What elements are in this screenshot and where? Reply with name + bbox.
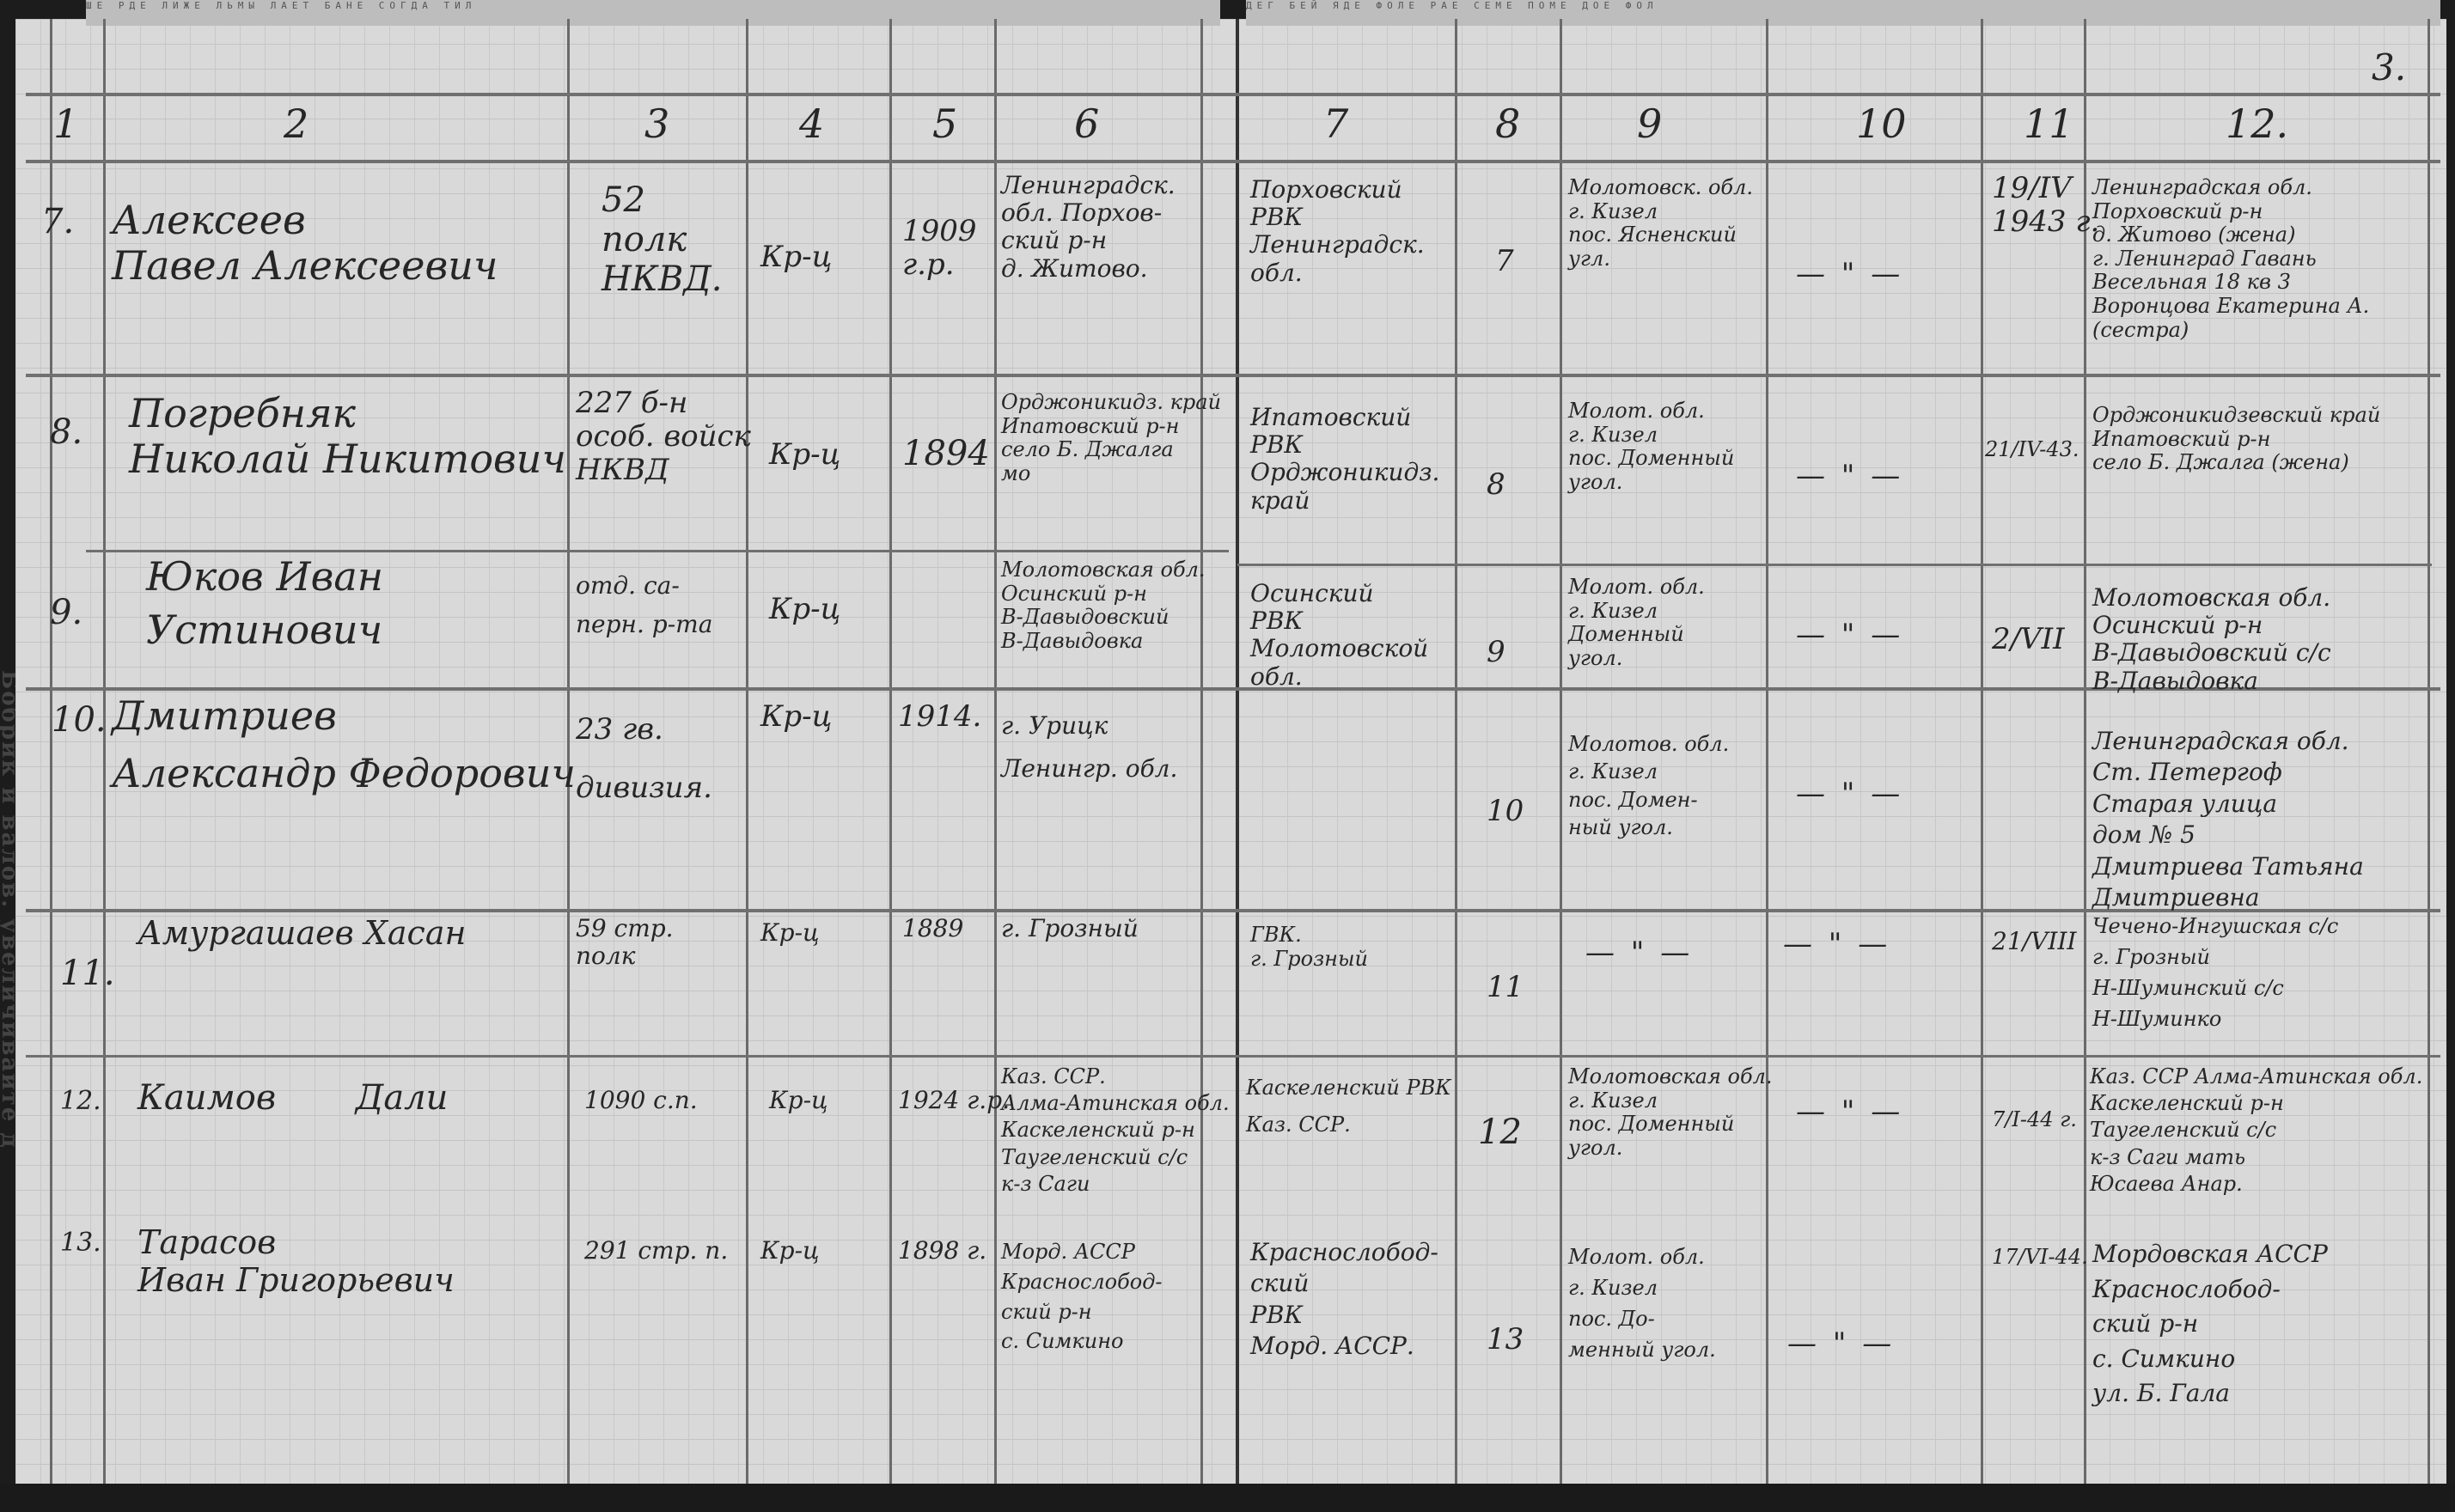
rank: Кр-ц — [769, 1087, 828, 1114]
birthplace: г. Урицк Ленингр. обл. — [1001, 704, 1177, 791]
column-number-12: 12. — [2226, 101, 2288, 147]
col9-value: Молот. обл. г. Кизел пос. Доменный угол. — [1568, 399, 1734, 494]
column-number-7: 7 — [1323, 101, 1348, 147]
birthplace: Орджоникидз. край Ипатовский р-н село Б.… — [1001, 391, 1221, 485]
column-number-9: 9 — [1637, 101, 1662, 147]
drafted-by: Каскеленский РВК Каз. ССР. — [1246, 1070, 1451, 1143]
row-number: 11. — [60, 954, 115, 993]
soldier-name: Тарасов Иван Григорьевич — [137, 1224, 455, 1299]
column-number-4: 4 — [799, 101, 824, 147]
row-number: 9. — [50, 593, 82, 632]
military-unit: 1090 с.п. — [584, 1087, 698, 1114]
birthplace: Каз. ССР. Алма-Атинская обл. Каскеленски… — [1001, 1064, 1230, 1198]
soldier-name: Каимов Дали — [137, 1078, 448, 1118]
col10-ditto: — " — — [1787, 1327, 1895, 1361]
rank: Кр-ц — [769, 438, 840, 472]
col9-value: Молот. обл. г. Кизел пос. До- менный уго… — [1568, 1241, 1716, 1365]
drafted-by: Ипатовский РВК Орджоникидз. край — [1250, 404, 1439, 515]
military-unit: 23 гв. дивизия. — [576, 700, 712, 817]
soldier-name: Алексеев Павел Алексеевич — [112, 198, 498, 289]
col12-address: Орджоникидзевский край Ипатовский р-н се… — [2092, 404, 2380, 475]
military-unit: 227 б-н особ. войск НКВД — [576, 387, 751, 487]
col10-ditto: — " — — [1796, 460, 1903, 493]
column-number-2: 2 — [284, 101, 308, 147]
left-header-strip: ШЕ РДЕ ЛИЖЕ ЛЬМЫ ЛАЕТ БАНЕ СОГДА ТИЛ — [86, 0, 1220, 26]
military-unit: отд. са- перн. р-та — [576, 567, 712, 644]
row-number: 7. — [41, 202, 74, 241]
column-number-10: 10 — [1856, 101, 1907, 147]
col11-date: 21/IV-43. — [1985, 438, 2079, 462]
drafted-by: Порховский РВК Ленинградск. обл. — [1250, 176, 1425, 287]
birth-year: 1909 г.р. — [902, 215, 977, 282]
col9-value: Молотов. обл. г. Кизел пос. Домен- ный у… — [1568, 730, 1729, 842]
column-number-6: 6 — [1074, 101, 1099, 147]
rank: Кр-ц — [760, 700, 832, 734]
column-number-3: 3 — [644, 101, 669, 147]
row-number: 10. — [52, 700, 107, 740]
birth-year: 1914. — [898, 700, 981, 734]
birth-year: 1924 г.р. — [898, 1087, 1010, 1114]
soldier-name: Амургашаев Хасан — [137, 915, 467, 953]
birthplace: Ленинградск. обл. Порхов- ский р-н д. Жи… — [1001, 172, 1176, 283]
right-header-strip: ДЕГ БЕЙ ЯДЕ ФОЛЕ РАЕ СЕМЕ ПОМЕ ДОЕ ФОЛ — [1246, 0, 2440, 26]
col12-address: Мордовская АССР Краснослобод- ский р-н с… — [2092, 1237, 2328, 1411]
soldier-name: Дмитриев Александр Федорович — [112, 687, 576, 802]
drafted-by: Осинский РВК Молотовской обл. — [1250, 580, 1428, 691]
col8-value: 8 — [1487, 468, 1505, 502]
birthplace: г. Грозный — [1001, 915, 1139, 942]
page-number: 3. — [2372, 47, 2406, 88]
col8-value: 11 — [1487, 971, 1524, 1004]
col10-ditto: — " — — [1796, 777, 1903, 811]
col9-value: Молотовск. обл. г. Кизел пос. Ясненский … — [1568, 176, 1753, 271]
rank: Кр-ц — [760, 919, 820, 947]
col12-address: Ленинградская обл. Порховский р-н д. Жит… — [2092, 176, 2369, 342]
row-number: 13. — [60, 1228, 101, 1259]
birth-year: 1898 г. — [898, 1237, 986, 1265]
column-number-1: 1 — [53, 101, 78, 147]
military-unit: 52 полк НКВД. — [602, 180, 722, 299]
birth-year: 1889 — [902, 915, 963, 942]
col8-value: 13 — [1487, 1323, 1524, 1357]
military-unit: 59 стр. полк — [576, 915, 674, 970]
rank: Кр-ц — [760, 241, 832, 274]
ledger-spread: Бобрик и валов. увеличивайте д ШЕ РДЕ ЛИ… — [0, 0, 2455, 1512]
col8-value: 12 — [1478, 1113, 1522, 1152]
col11-date: 7/I-44 г. — [1992, 1108, 2077, 1132]
col12-address: Каз. ССР Алма-Атинская обл. Каскеленский… — [2090, 1064, 2422, 1198]
column-number-11: 11 — [2024, 101, 2074, 147]
rank: Кр-ц — [769, 593, 840, 626]
drafted-by: ГВК. г. Грозный — [1250, 924, 1368, 971]
col12-address: Молотовская обл. Осинский р-н В-Давыдовс… — [2092, 584, 2331, 695]
row-number: 8. — [50, 412, 82, 452]
col9-value: Молот. обл. г. Кизел Доменный угол. — [1568, 576, 1705, 670]
col11-date: 2/VII — [1992, 623, 2065, 656]
col10-ditto: — " — — [1796, 258, 1903, 291]
col8-value: 10 — [1487, 795, 1524, 828]
col9-ditto: — " — — [1585, 936, 1693, 970]
col8-value: 9 — [1487, 636, 1505, 669]
drafted-by: Краснослобод- ский РВК Морд. АССР. — [1250, 1237, 1438, 1363]
col10-ditto: — " — — [1796, 1095, 1903, 1129]
military-unit: 291 стр. п. — [584, 1237, 728, 1265]
rank: Кр-ц — [760, 1237, 820, 1265]
col11-date: 19/IV 1943 г. — [1992, 172, 2099, 239]
col11-date: 17/VI-44. — [1992, 1246, 2088, 1270]
col8-value: 7 — [1495, 245, 1514, 278]
col9-value: Молотовская обл. г. Кизел пос. Доменный … — [1568, 1065, 1773, 1160]
birth-year: 1894 — [902, 434, 990, 473]
column-number-5: 5 — [932, 101, 957, 147]
col12-address: Ленинградская обл. Ст. Петергоф Старая у… — [2092, 726, 2455, 913]
col11-date: 21/VIII — [1992, 928, 2076, 955]
soldier-name: Юков Иван Устинович — [146, 550, 383, 656]
birthplace: Молотовская обл. Осинский р-н В-Давыдовс… — [1001, 558, 1206, 653]
col12-address: Чечено-Ингушская с/с г. Грозный Н-Шуминс… — [2092, 911, 2338, 1034]
bottom-edge — [0, 1484, 2455, 1512]
col10-ditto: — " — — [1783, 928, 1890, 961]
column-number-8: 8 — [1495, 101, 1520, 147]
birthplace: Морд. АССР Краснослобод- ский р-н с. Сим… — [1001, 1237, 1163, 1357]
row-number: 12. — [60, 1087, 101, 1117]
soldier-name: Погребняк Николай Никитович — [129, 391, 566, 482]
col10-ditto: — " — — [1796, 619, 1903, 652]
